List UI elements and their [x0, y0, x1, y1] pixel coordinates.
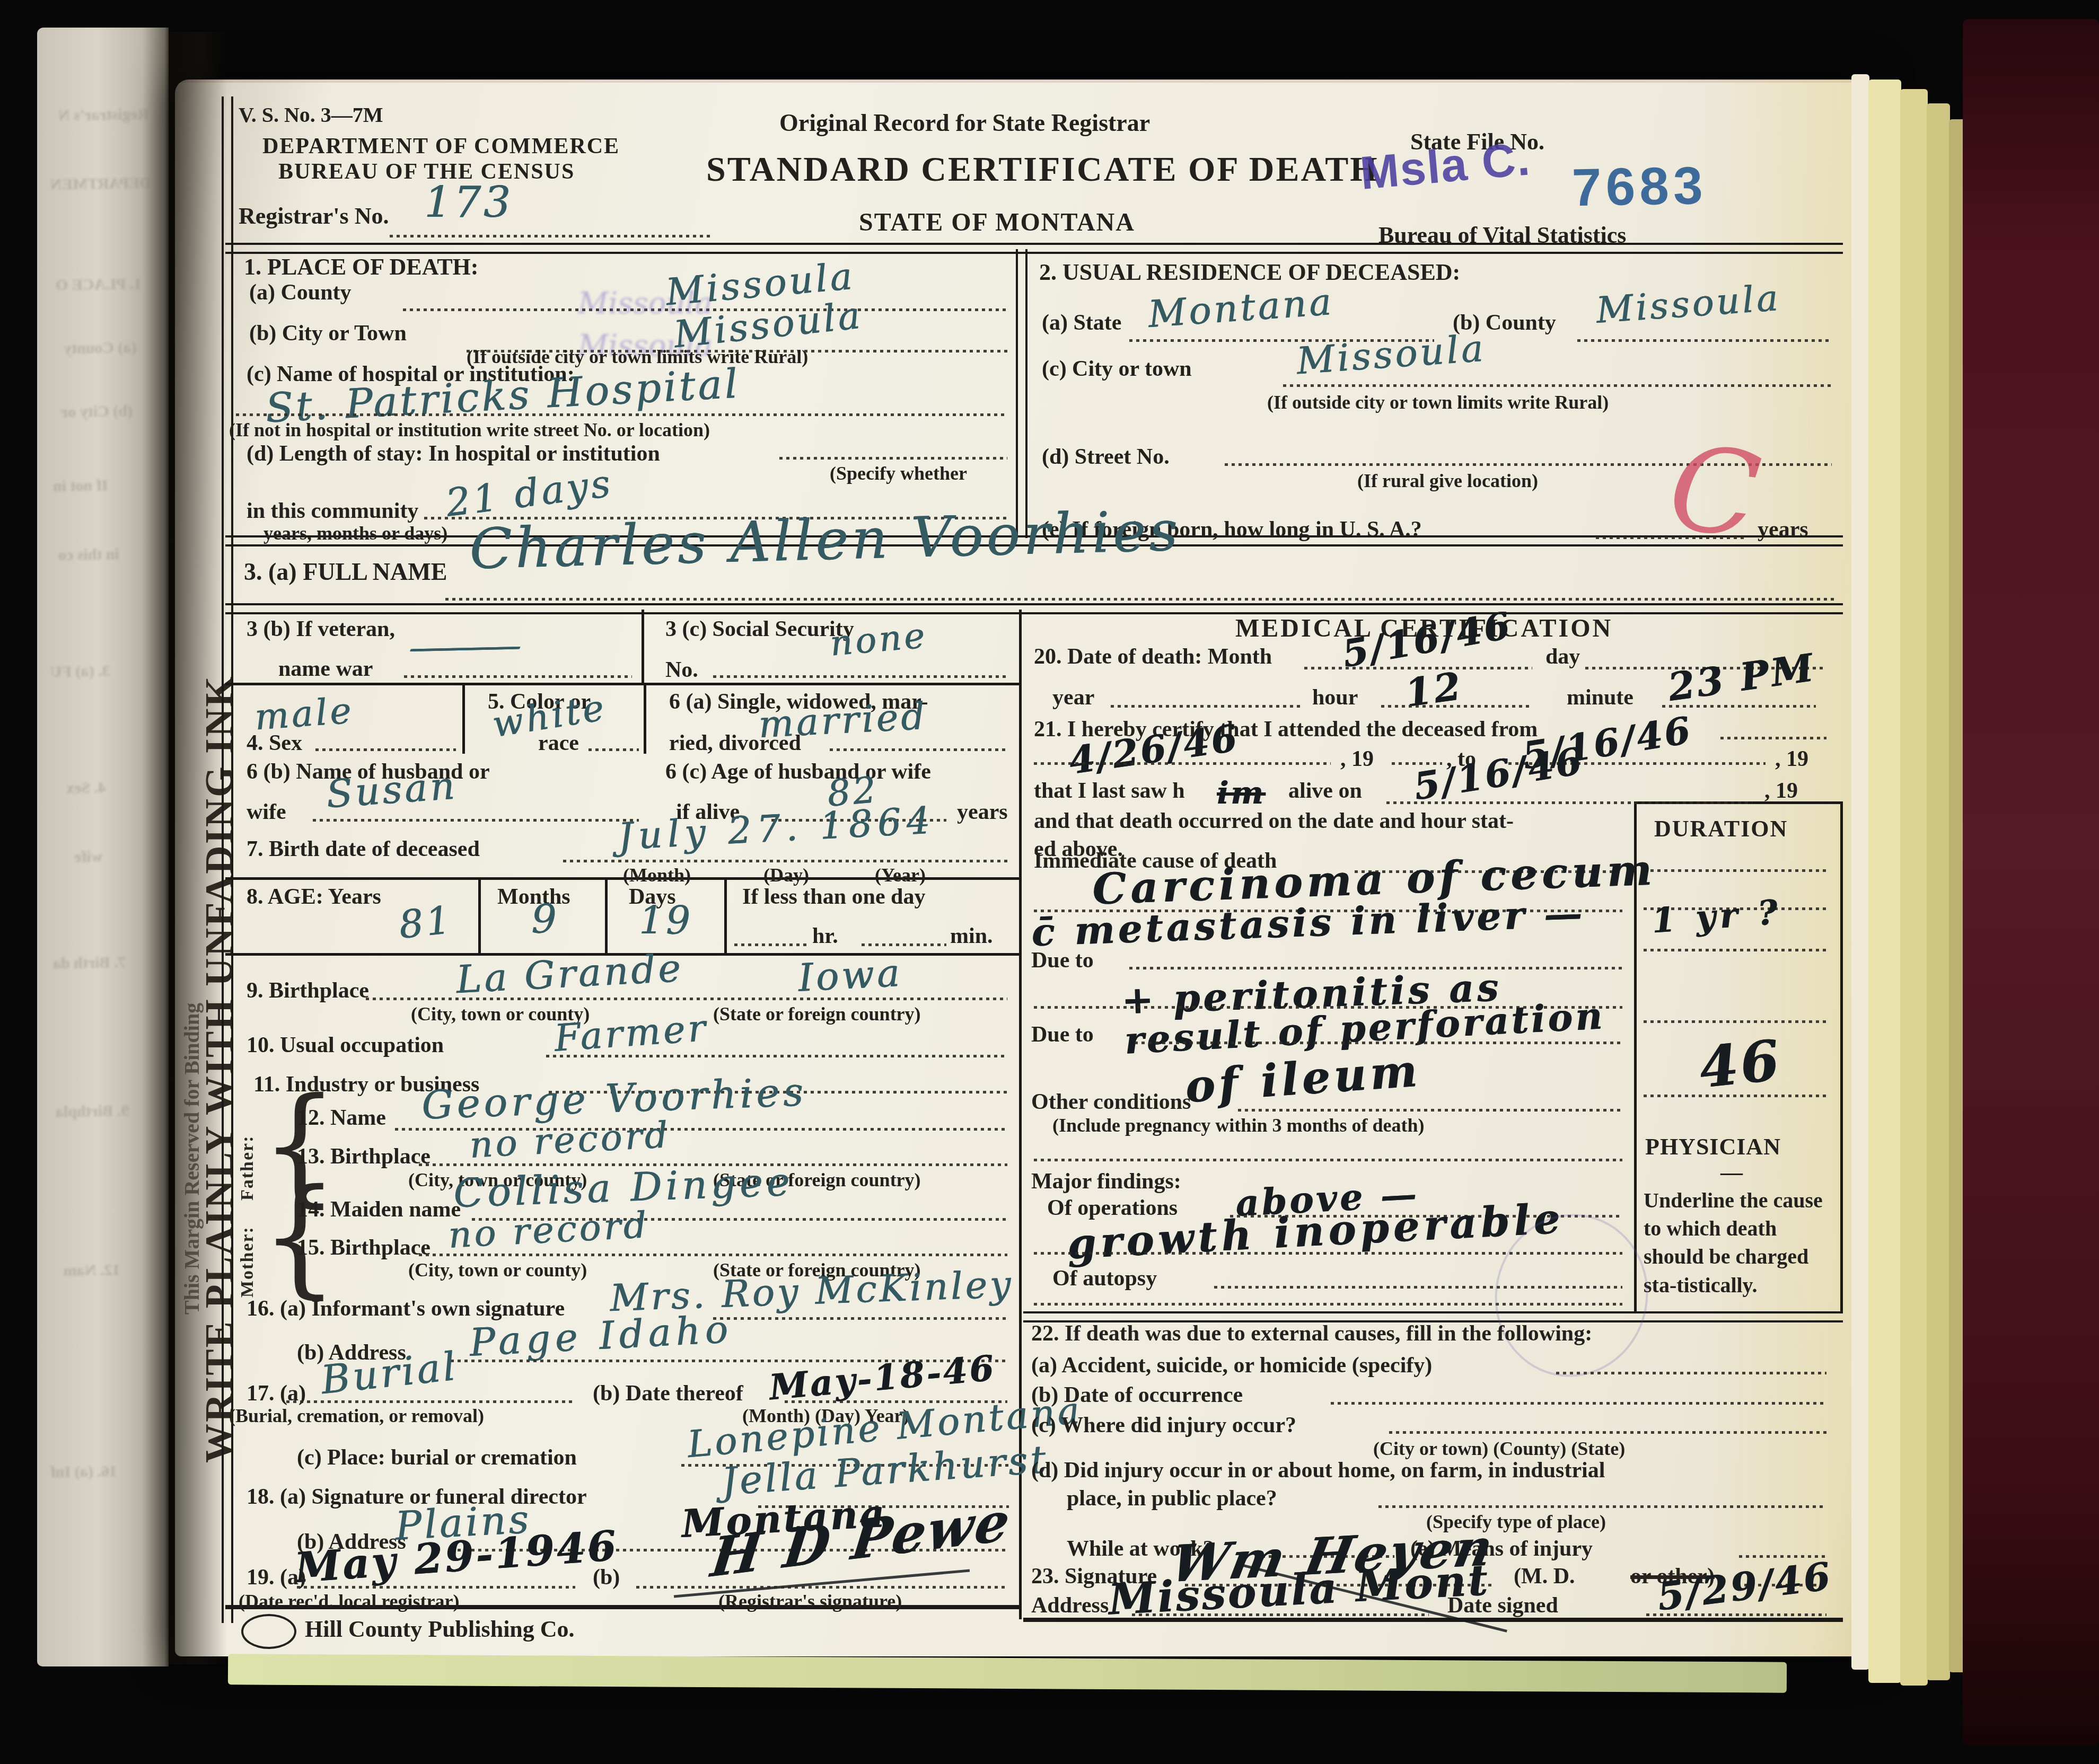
day-note: (Day) — [763, 864, 809, 886]
age-years-value: 81 — [397, 897, 455, 947]
registrar-no-value: 173 — [424, 178, 513, 227]
dotted-leader — [445, 598, 1834, 601]
ghost-text: (b) City or — [61, 402, 133, 421]
union-label-icon — [241, 1614, 296, 1649]
last-saw-label: that I last saw h — [1034, 778, 1185, 804]
mother-maiden-label: 14. Maiden name — [297, 1197, 461, 1222]
father-name-label: 12. Name — [297, 1105, 386, 1131]
bureau-vital-statistics: Bureau of Vital Statistics — [1378, 222, 1626, 249]
page-stack-edge — [1868, 80, 1901, 1683]
duration-heading: DURATION — [1654, 815, 1788, 842]
certificate-title: STANDARD CERTIFICATE OF DEATH — [706, 149, 1379, 190]
of-autopsy-label: Of autopsy — [1052, 1266, 1157, 1291]
sec2-d-label: (d) Street No. — [1042, 444, 1170, 470]
dotted-leader — [1646, 1613, 1826, 1616]
sec1-d-note2: years, months or days) — [264, 522, 447, 544]
page-bottom-edge — [228, 1654, 1787, 1692]
ghost-text: in this co — [58, 545, 120, 565]
state-line: STATE OF MONTANA — [859, 208, 1135, 237]
age-months-value: 9 — [531, 897, 559, 942]
sec1-a-label: (a) County — [249, 280, 352, 305]
other-conditions-label: Other conditions — [1031, 1089, 1191, 1115]
month-note: (Month) — [623, 864, 691, 886]
state-file-number-stamp: 7683 — [1571, 155, 1707, 218]
dotted-leader — [636, 1586, 1007, 1589]
age-label: 8. AGE: Years — [247, 884, 381, 910]
sec2-c-label: (c) City or town — [1042, 356, 1192, 382]
pregnancy-note: (Include pregnancy within 3 months of de… — [1052, 1114, 1424, 1136]
dotted-leader — [297, 1586, 575, 1589]
page-stack-edge — [1900, 89, 1928, 1686]
sec2-a-label: (a) State — [1042, 310, 1121, 336]
cell-divider — [642, 610, 644, 683]
alive-on-label: alive on — [1288, 778, 1362, 804]
due-to-label: Due to — [1031, 1022, 1094, 1047]
spouse-age-label: 6 (c) Age of husband or wife — [665, 759, 931, 784]
fullname-bottom-rule — [225, 603, 1843, 614]
book-cover — [1963, 19, 2099, 1745]
form-left-border — [222, 96, 233, 1623]
sec1-d-label2: in this community — [247, 498, 418, 524]
sec1-b-label: (b) City or Town — [249, 321, 407, 346]
date-received-note: (Date rec'd. local registrar) — [239, 1590, 460, 1612]
birthplace-label: 9. Birthplace — [247, 978, 369, 1003]
dotted-leader — [1720, 737, 1826, 739]
form-number: V. S. No. 3—7M — [239, 102, 383, 127]
registrar-no-label: Registrar's No. — [239, 202, 389, 230]
sec2-e-suffix: years — [1758, 517, 1808, 542]
dotted-leader — [1034, 762, 1331, 765]
ssn-value: none — [828, 615, 929, 664]
minute-label: minute — [1567, 685, 1633, 710]
sec1-c-note: (If not in hospital or institution write… — [229, 419, 710, 441]
occurred-line: and that death occurred on the date and … — [1034, 808, 1514, 834]
sec1-d-note1: (Specify whether — [830, 462, 967, 484]
sex-label: 4. Sex — [247, 730, 302, 756]
sec22-c-label: (c) Where did injury occur? — [1031, 1413, 1296, 1438]
sec22-b-label: (b) Date of occurrence — [1031, 1382, 1243, 1408]
race-label: race — [538, 730, 579, 756]
father-side-label: Father: — [238, 1135, 258, 1201]
burial-date-label: (b) Date thereof — [593, 1381, 743, 1406]
date-signed-label: Date signed — [1447, 1593, 1558, 1618]
cell-divider — [605, 879, 608, 953]
veteran-dash-mark: — — [400, 623, 537, 669]
fullname-label: 3. (a) FULL NAME — [244, 558, 447, 586]
burial-place-label: (c) Place: burial or cremation — [297, 1445, 577, 1470]
dotted-leader — [1135, 1042, 1622, 1044]
dotted-leader — [390, 235, 713, 237]
spouse-value: Susan — [324, 763, 458, 816]
original-record-line: Original Record for State Registrar — [779, 109, 1150, 137]
years-suffix: years — [957, 799, 1008, 825]
page-stack-edge — [1851, 74, 1869, 1670]
mother-birthplace-label: 15. Birthplace — [297, 1235, 431, 1260]
dotted-leader — [1132, 1613, 1429, 1616]
dotted-leader — [1389, 1431, 1826, 1434]
physician-note: Underline the cause to which death shoul… — [1644, 1186, 1834, 1299]
nineteen-token: , 19 — [1764, 778, 1798, 804]
dotted-leader — [404, 675, 632, 678]
ghost-text: Registrar's N — [58, 105, 149, 125]
dotted-leader — [734, 943, 809, 946]
dotted-leader — [1331, 1402, 1826, 1405]
dotted-leader — [1644, 949, 1829, 951]
hour-label: hour — [1312, 685, 1358, 710]
ghost-text: 16. (a) Inf — [50, 1462, 117, 1481]
ghost-text: 9. Birthpla — [56, 1102, 129, 1121]
mother-side-label: Mother: — [238, 1226, 258, 1298]
ghost-text: 1. PLACE O — [56, 275, 142, 295]
due-to-label: Due to — [1031, 948, 1094, 973]
previous-page-edge — [37, 28, 169, 1666]
him-scribble: im — [1217, 775, 1265, 811]
cell-divider — [724, 879, 727, 953]
department-line: DEPARTMENT OF COMMERCE — [262, 134, 620, 159]
occupation-label: 10. Usual occupation — [247, 1033, 444, 1058]
physician-address-label: Address — [1031, 1593, 1109, 1618]
physician-dash: — — [1720, 1160, 1743, 1185]
page-stack-edge — [1927, 103, 1950, 1680]
dotted-leader — [1034, 1159, 1622, 1161]
ghost-text: (a) County — [64, 339, 137, 358]
year-label: year — [1052, 685, 1094, 710]
dotted-leader — [830, 748, 1007, 751]
year-note: (Year) — [875, 864, 926, 886]
hr-label: hr. — [812, 923, 838, 949]
dotted-leader — [313, 819, 639, 822]
nineteen-token: , 19 — [1775, 746, 1808, 772]
ghost-text: wife — [74, 848, 103, 867]
veteran-war-label: name war — [278, 656, 373, 682]
margin-write-plainly: WRITE PLAINLY WITH UNFADING INK — [197, 297, 242, 1463]
nineteen-token: , 19 — [1340, 746, 1374, 772]
dotted-leader — [1283, 384, 1832, 387]
day-label: day — [1545, 644, 1580, 669]
duration-other-value: 46 — [1696, 1027, 1784, 1100]
dotted-leader — [1111, 705, 1302, 708]
hour-value: 12 — [1402, 663, 1465, 716]
dotted-leader — [862, 943, 946, 946]
marital-label2: ried, divorced — [669, 730, 801, 756]
dotted-leader — [1644, 869, 1829, 872]
dotted-leader — [366, 998, 1007, 1000]
min-label: min. — [950, 923, 993, 949]
column-divider — [1016, 249, 1027, 538]
dotted-leader — [1386, 801, 1752, 804]
registrar-signature-note: (Registrar's signature) — [718, 1590, 902, 1612]
less-than-day-label: If less than one day — [742, 884, 925, 910]
sec1-heading: 1. PLACE OF DEATH: — [244, 253, 478, 280]
dotted-leader — [286, 1400, 575, 1403]
sec2-c-note: (If outside city or town limits write Ru… — [1267, 391, 1609, 413]
dotted-leader — [419, 1254, 1007, 1256]
ghost-text: 7. Birth da — [53, 954, 126, 973]
ghost-text: 12. Nam — [64, 1261, 120, 1280]
dotted-leader — [1577, 339, 1832, 342]
book-photo: Registrar's N DEPARTMEN 1. PLACE O (a) C… — [0, 0, 2099, 1764]
duration-right-border — [1840, 801, 1843, 1313]
cell-divider — [462, 685, 465, 754]
ssn-no-label: No. — [665, 657, 698, 683]
registrar-sig-label: (b) — [593, 1565, 620, 1590]
md-label: (M. D. — [1514, 1564, 1575, 1589]
sec2-heading: 2. USUAL RESIDENCE OF DECEASED: — [1039, 259, 1460, 286]
sec22-heading: 22. If death was due to external causes,… — [1031, 1321, 1592, 1346]
dotted-leader — [713, 1317, 1009, 1320]
cell-divider — [478, 879, 481, 953]
burial-type-note: (Burial, cremation, or removal) — [229, 1405, 484, 1427]
dotted-leader — [236, 413, 1007, 416]
city-county-note: (City, town or county) — [408, 1259, 587, 1281]
ghost-text: DEPARTMEN — [50, 174, 152, 193]
date-of-death-label: 20. Date of death: Month — [1034, 644, 1272, 669]
dotted-leader — [315, 748, 456, 751]
major-findings-label: Major findings: — [1031, 1169, 1181, 1194]
dotted-leader — [546, 1055, 1007, 1057]
ghost-text: 4. Sex — [66, 779, 107, 797]
dotted-leader — [1378, 1505, 1826, 1508]
veteran-label: 3 (b) If veteran, — [247, 616, 395, 642]
birthplace-state-value: Iowa — [797, 950, 903, 1000]
dotted-leader — [1644, 1095, 1829, 1097]
ghost-text: 3. (a) FU — [50, 662, 110, 681]
state-country-note: (State or foreign country) — [713, 1003, 921, 1025]
red-check-mark: C — [1662, 419, 1767, 565]
dotted-leader — [1662, 705, 1816, 708]
age-days-value: 19 — [639, 898, 693, 943]
wife-label: wife — [247, 799, 286, 825]
dotted-leader — [1381, 705, 1532, 708]
physician-heading: PHYSICIAN — [1645, 1133, 1781, 1160]
dotted-leader — [1556, 1372, 1826, 1374]
sec22-d-label1: (d) Did injury occur in or about home, o… — [1031, 1458, 1605, 1483]
sec22-c-note: (City or town) (County) (State) — [1373, 1437, 1625, 1460]
sec2-d-note: (If rural give location) — [1357, 470, 1538, 492]
ghost-text: If not in — [53, 477, 108, 496]
dotted-leader — [589, 748, 639, 751]
ssn-label: 3 (c) Social Security — [665, 616, 854, 642]
dotted-leader — [563, 860, 1008, 862]
publisher-line: Hill County Publishing Co. — [305, 1616, 575, 1643]
dotted-leader — [779, 457, 1007, 460]
birthdate-label: 7. Birth date of deceased — [247, 836, 480, 862]
row-rule — [225, 683, 1019, 685]
dotted-leader — [713, 675, 1007, 678]
cell-divider — [644, 685, 646, 754]
sec22-a-label: (a) Accident, suicide, or homicide (spec… — [1031, 1353, 1432, 1378]
dotted-leader — [1238, 1109, 1622, 1112]
sec22-d-label2: place, in public place? — [1067, 1486, 1277, 1511]
dotted-leader — [1644, 1020, 1829, 1023]
